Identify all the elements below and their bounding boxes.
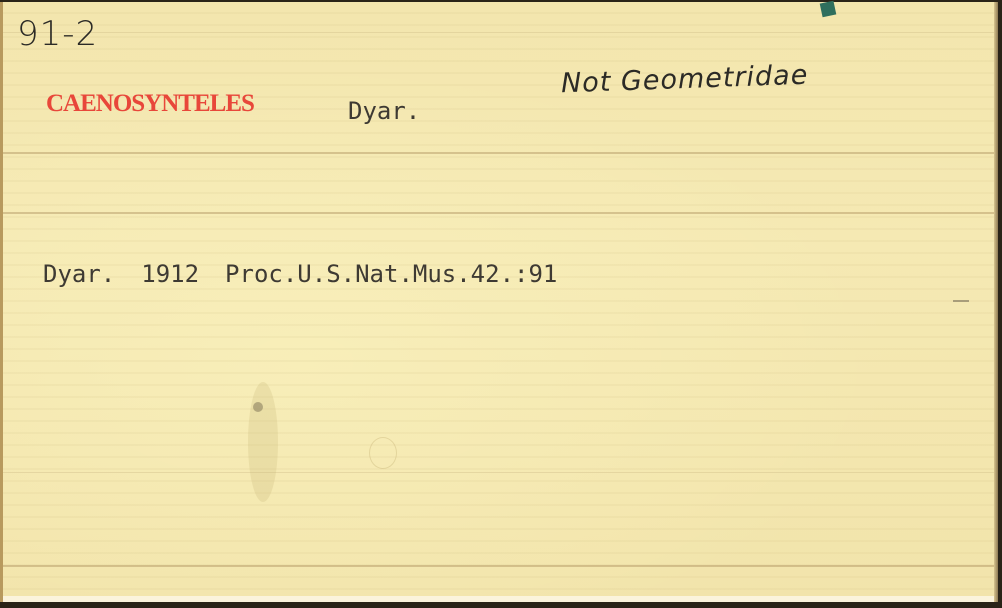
genus-name: CAENOSYNTELES: [46, 90, 254, 118]
card-right-edge: [994, 2, 998, 602]
index-card: 91-2 CAENOSYNTELES Dyar. Not Geometridae…: [0, 2, 998, 602]
citation-reference: Proc.U.S.Nat.Mus.42.:91: [225, 260, 557, 288]
stain-mark: [248, 382, 278, 502]
pencil-mark: [953, 300, 969, 302]
citation-year: 1912: [141, 260, 199, 288]
genus-author: Dyar.: [348, 97, 420, 125]
ruled-line: [3, 212, 998, 214]
ruled-line: [3, 152, 998, 154]
stain-mark: [369, 437, 397, 469]
card-bottom-edge: [3, 596, 998, 602]
citation-line: Dyar. 1912 Proc.U.S.Nat.Mus.42.:91: [43, 260, 557, 288]
handwritten-annotation: Not Geometridae: [561, 60, 809, 100]
card-number: 91-2: [17, 14, 98, 54]
ruled-line: [3, 472, 998, 473]
ruled-line: [3, 565, 998, 567]
card-tab-marker: [820, 1, 837, 18]
citation-author: Dyar.: [43, 260, 115, 288]
ruled-line: [3, 32, 998, 33]
